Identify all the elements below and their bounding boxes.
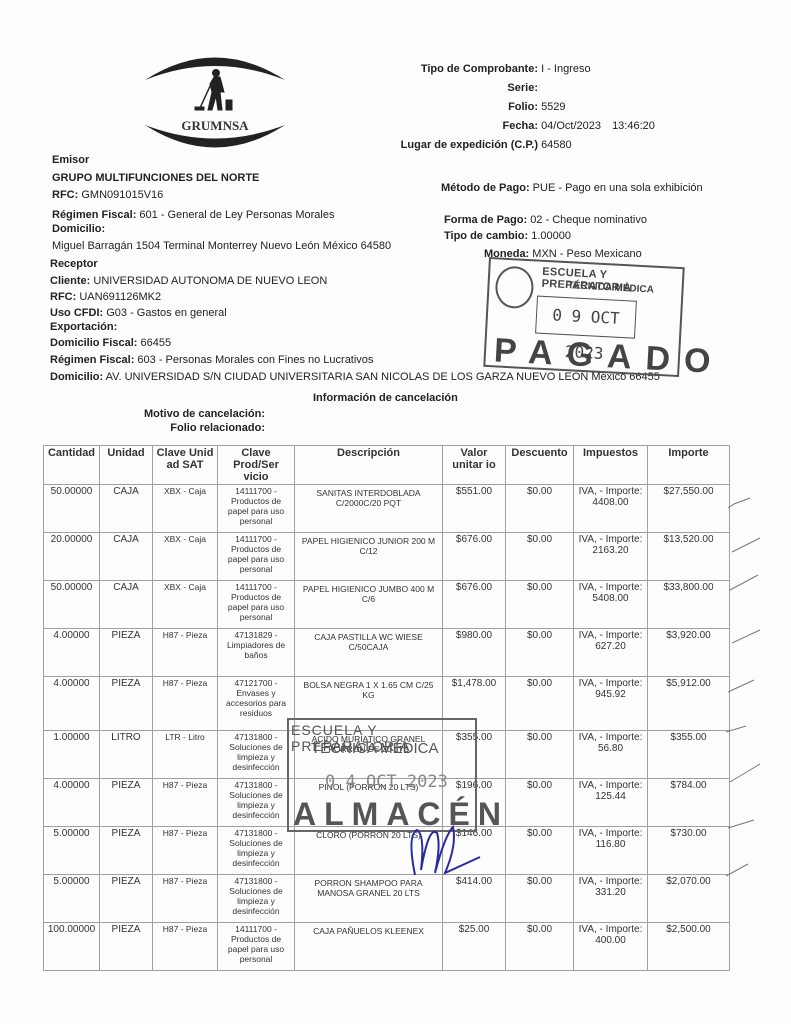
- receptor-cliente: Cliente: UNIVERSIDAD AUTONOMA DE NUEVO L…: [50, 274, 327, 288]
- emisor-rfc: RFC: GMN091015V16: [52, 188, 163, 202]
- forma-pago: Forma de Pago: 02 - Cheque nominativo: [444, 213, 647, 227]
- cell-descuento: $0.00: [506, 629, 574, 677]
- cell-descuento: $0.00: [506, 923, 574, 971]
- cell-descuento: $0.00: [506, 581, 574, 629]
- cell-importe: $3,920.00: [648, 629, 730, 677]
- cell-impuestos: IVA, - Importe: 116.80: [574, 827, 648, 875]
- folio-relacionado: Folio relacionado:: [141, 421, 265, 435]
- cell-impuestos: IVA, - Importe: 331.20: [574, 875, 648, 923]
- cell-descuento: $0.00: [506, 731, 574, 779]
- table-row: 50.00000CAJAXBX - Caja14111700 - Product…: [44, 485, 730, 533]
- cell-clave-prod: 47131829 - Limpiadores de baños: [218, 629, 295, 677]
- cell-valor-unitario: $676.00: [443, 581, 506, 629]
- cell-impuestos: IVA, - Importe: 2163.20: [574, 533, 648, 581]
- col-descripcion: Descripción: [295, 446, 443, 485]
- cell-importe: $13,520.00: [648, 533, 730, 581]
- tipo-cambio: Tipo de cambio: 1.00000: [444, 229, 571, 243]
- cancelacion-title: Información de cancelación: [313, 391, 458, 405]
- cell-unidad: PIEZA: [100, 779, 153, 827]
- cell-descuento: $0.00: [506, 827, 574, 875]
- cell-descuento: $0.00: [506, 485, 574, 533]
- table-row: 5.00000PIEZAH87 - Pieza47131800 - Soluci…: [44, 827, 730, 875]
- cell-descuento: $0.00: [506, 533, 574, 581]
- cell-clave-prod: 47131800 - Soluciones de limpieza y desi…: [218, 875, 295, 923]
- cell-clave-unidad: H87 - Pieza: [153, 677, 218, 731]
- cell-clave-unidad: H87 - Pieza: [153, 827, 218, 875]
- cell-clave-unidad: XBX - Caja: [153, 581, 218, 629]
- cell-importe: $730.00: [648, 827, 730, 875]
- emisor-domicilio: Miguel Barragán 1504 Terminal Monterrey …: [52, 239, 391, 253]
- cell-clave-prod: 47121700 - Envases y accesorios para res…: [218, 677, 295, 731]
- cell-descripcion: PAPEL HIGIENICO JUMBO 400 M C/6: [295, 581, 443, 629]
- cell-descripcion: SANITAS INTERDOBLADA C/2000C/20 PQT: [295, 485, 443, 533]
- cell-cantidad: 50.00000: [44, 485, 100, 533]
- cell-cantidad: 4.00000: [44, 629, 100, 677]
- cell-clave-prod: 14111700 - Productos de papel para uso p…: [218, 485, 295, 533]
- cell-clave-prod: 14111700 - Productos de papel para uso p…: [218, 533, 295, 581]
- cell-importe: $5,912.00: [648, 677, 730, 731]
- table-row: 5.00000PIEZAH87 - Pieza47131800 - Soluci…: [44, 875, 730, 923]
- cell-unidad: PIEZA: [100, 875, 153, 923]
- cell-cantidad: 1.00000: [44, 731, 100, 779]
- metodo-pago: Método de Pago: PUE - Pago en una sola e…: [441, 181, 703, 195]
- cell-descripcion: CAJA PAÑUELOS KLEENEX: [295, 923, 443, 971]
- cell-unidad: PIEZA: [100, 677, 153, 731]
- cell-clave-prod: 47131800 - Soluciones de limpieza y desi…: [218, 827, 295, 875]
- cell-impuestos: IVA, - Importe: 400.00: [574, 923, 648, 971]
- cell-valor-unitario: $676.00: [443, 533, 506, 581]
- cell-clave-prod: 14111700 - Productos de papel para uso p…: [218, 581, 295, 629]
- paid-stamp: ESCUELA Y PREPARATORIA TÉCNICA MÉDICA 0 …: [483, 257, 684, 377]
- emisor-title: Emisor: [52, 153, 89, 167]
- check-marks: [720, 480, 780, 920]
- tipo-comprobante: Tipo de Comprobante: I - Ingreso: [398, 62, 678, 76]
- school-seal-icon: [494, 265, 534, 309]
- cell-cantidad: 5.00000: [44, 875, 100, 923]
- motivo-cancelacion: Motivo de cancelación:: [141, 407, 265, 421]
- col-descuento: Descuento: [506, 446, 574, 485]
- cell-impuestos: IVA, - Importe: 627.20: [574, 629, 648, 677]
- receptor-exportacion: Exportación:: [50, 320, 117, 334]
- cell-impuestos: IVA, - Importe: 4408.00: [574, 485, 648, 533]
- cell-importe: $784.00: [648, 779, 730, 827]
- cell-valor-unitario: $980.00: [443, 629, 506, 677]
- emisor-domicilio-label: Domicilio:: [52, 222, 105, 236]
- table-row: 20.00000CAJAXBX - Caja14111700 - Product…: [44, 533, 730, 581]
- cell-valor-unitario: $25.00: [443, 923, 506, 971]
- cell-cantidad: 4.00000: [44, 779, 100, 827]
- janitor-mopping-icon: [195, 70, 232, 111]
- col-unidad: Unidad: [100, 446, 153, 485]
- cell-clave-unidad: H87 - Pieza: [153, 875, 218, 923]
- cell-importe: $27,550.00: [648, 485, 730, 533]
- cell-cantidad: 4.00000: [44, 677, 100, 731]
- table-row: 50.00000CAJAXBX - Caja14111700 - Product…: [44, 581, 730, 629]
- col-cantidad: Cantidad: [44, 446, 100, 485]
- lugar-expedicion: Lugar de expedición (C.P.) 64580: [398, 138, 572, 152]
- receptor-regimen: Régimen Fiscal: 603 - Personas Morales c…: [50, 353, 373, 367]
- cell-clave-unidad: H87 - Pieza: [153, 779, 218, 827]
- items-table: Cantidad Unidad Clave Unid ad SAT Clave …: [43, 445, 730, 971]
- emisor-regimen: Régimen Fiscal: 601 - General de Ley Per…: [52, 208, 334, 222]
- table-header-row: Cantidad Unidad Clave Unid ad SAT Clave …: [44, 446, 730, 485]
- cell-impuestos: IVA, - Importe: 125.44: [574, 779, 648, 827]
- receptor-domicilio-fiscal: Domicilio Fiscal: 66455: [50, 336, 171, 350]
- table-row: 100.00000PIEZAH87 - Pieza14111700 - Prod…: [44, 923, 730, 971]
- cell-descripcion: PAPEL HIGIENICO JUNIOR 200 M C/12: [295, 533, 443, 581]
- receptor-rfc: RFC: UAN691126MK2: [50, 290, 161, 304]
- serie: Serie:: [398, 81, 538, 95]
- cell-unidad: PIEZA: [100, 629, 153, 677]
- fecha: Fecha: 04/Oct/2023 13:46:20: [398, 119, 655, 133]
- cell-clave-unidad: LTR - Litro: [153, 731, 218, 779]
- cell-clave-unidad: XBX - Caja: [153, 533, 218, 581]
- cell-cantidad: 50.00000: [44, 581, 100, 629]
- col-valor-unitario: Valor unitar io: [443, 446, 506, 485]
- cell-unidad: PIEZA: [100, 923, 153, 971]
- cell-importe: $2,070.00: [648, 875, 730, 923]
- cell-clave-prod: 47131800 - Soluciones de limpieza y desi…: [218, 779, 295, 827]
- cell-descuento: $0.00: [506, 677, 574, 731]
- cell-clave-unidad: H87 - Pieza: [153, 923, 218, 971]
- cell-descripcion: CAJA PASTILLA WC WIESE C/50CAJA: [295, 629, 443, 677]
- cell-importe: $355.00: [648, 731, 730, 779]
- cell-importe: $33,800.00: [648, 581, 730, 629]
- cell-cantidad: 20.00000: [44, 533, 100, 581]
- cell-clave-prod: 47131800 - Soluciones de limpieza y desi…: [218, 731, 295, 779]
- table-row: 4.00000PIEZAH87 - Pieza47131829 - Limpia…: [44, 629, 730, 677]
- cell-descuento: $0.00: [506, 779, 574, 827]
- cell-clave-unidad: H87 - Pieza: [153, 629, 218, 677]
- col-clave-prod: Clave Prod/Ser vicio: [218, 446, 295, 485]
- cell-unidad: LITRO: [100, 731, 153, 779]
- cell-impuestos: IVA, - Importe: 56.80: [574, 731, 648, 779]
- cell-clave-prod: 14111700 - Productos de papel para uso p…: [218, 923, 295, 971]
- cell-unidad: CAJA: [100, 581, 153, 629]
- company-logo-name: GRUMNSA: [175, 118, 255, 134]
- cell-descuento: $0.00: [506, 875, 574, 923]
- receptor-uso-cfdi: Uso CFDI: G03 - Gastos en general: [50, 306, 227, 320]
- col-importe: Importe: [648, 446, 730, 485]
- emisor-name: GRUPO MULTIFUNCIONES DEL NORTE: [52, 171, 259, 185]
- cell-unidad: CAJA: [100, 485, 153, 533]
- signature: [395, 815, 485, 885]
- cell-impuestos: IVA, - Importe: 945.92: [574, 677, 648, 731]
- cell-valor-unitario: $551.00: [443, 485, 506, 533]
- cell-cantidad: 5.00000: [44, 827, 100, 875]
- cell-impuestos: IVA, - Importe: 5408.00: [574, 581, 648, 629]
- folio: Folio: 5529: [398, 100, 566, 114]
- cell-importe: $2,500.00: [648, 923, 730, 971]
- cell-unidad: PIEZA: [100, 827, 153, 875]
- cell-unidad: CAJA: [100, 533, 153, 581]
- cell-cantidad: 100.00000: [44, 923, 100, 971]
- receptor-title: Receptor: [50, 257, 98, 271]
- cell-clave-unidad: XBX - Caja: [153, 485, 218, 533]
- col-clave-unidad: Clave Unid ad SAT: [153, 446, 218, 485]
- col-impuestos: Impuestos: [574, 446, 648, 485]
